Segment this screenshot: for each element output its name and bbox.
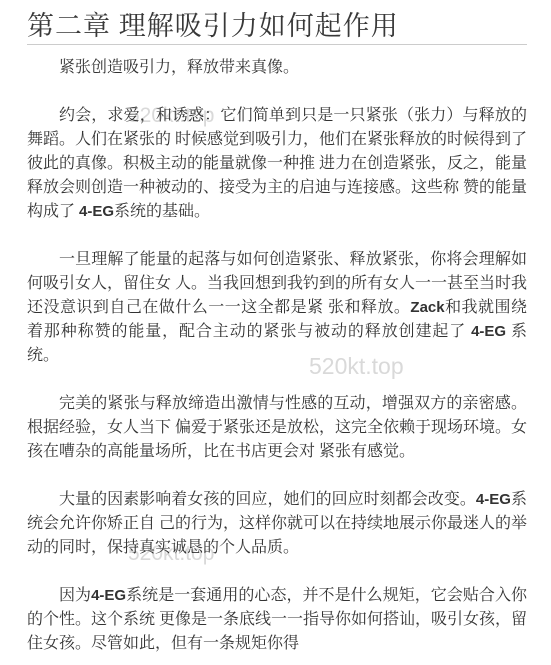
paragraph: 完美的紧张与释放缔造出激情与性感的互动，增强双方的亲密感。根据经验，女人当下 偏… (27, 392, 527, 464)
emphasis-text: 4-EG (476, 491, 511, 508)
paragraph: 大量的因素影响着女孩的回应，她们的回应时刻都会改变。4-EG系统会允许你矫正自 … (27, 488, 527, 560)
emphasis-text: 4-EG (79, 203, 114, 220)
body-text: 紧张创造吸引力，释放带来真像。 (59, 59, 299, 76)
body-text: 系统的基础。 (114, 203, 210, 220)
emphasis-text: 4-EG (471, 323, 506, 340)
page-content: 第二章 理解吸引力如何起作用 紧张创造吸引力，释放带来真像。约会，求爱，和诱惑：… (0, 0, 551, 656)
emphasis-text: Zack (410, 299, 444, 316)
article-body: 紧张创造吸引力，释放带来真像。约会，求爱，和诱惑：它们简单到只是一只紧张（张力）… (27, 56, 527, 656)
paragraph: 一旦理解了能量的起落与如何创造紧张、释放紧张，你将会理解如何吸引女人，留住女 人… (27, 248, 527, 368)
paragraph: 因为4-EG系统是一套通用的心态，并不是什么规矩，它会贴合入你的个性。这个系统 … (27, 584, 527, 656)
body-text: 完美的紧张与释放缔造出激情与性感的互动，增强双方的亲密感。根据经验，女人当下 偏… (27, 395, 527, 460)
paragraph: 紧张创造吸引力，释放带来真像。 (27, 56, 527, 80)
paragraph: 约会，求爱，和诱惑：它们简单到只是一只紧张（张力）与释放的舞蹈。人们在紧张的 时… (27, 104, 527, 224)
body-text: 大量的因素影响着女孩的回应，她们的回应时刻都会改变。 (59, 491, 476, 508)
document-page: 520kt.top 520kt.top 520kt.top 第二章 理解吸引力如… (0, 0, 551, 665)
emphasis-text: 4-EG (91, 587, 126, 604)
chapter-title: 第二章 理解吸引力如何起作用 (27, 10, 527, 45)
body-text: 因为 (59, 587, 91, 604)
